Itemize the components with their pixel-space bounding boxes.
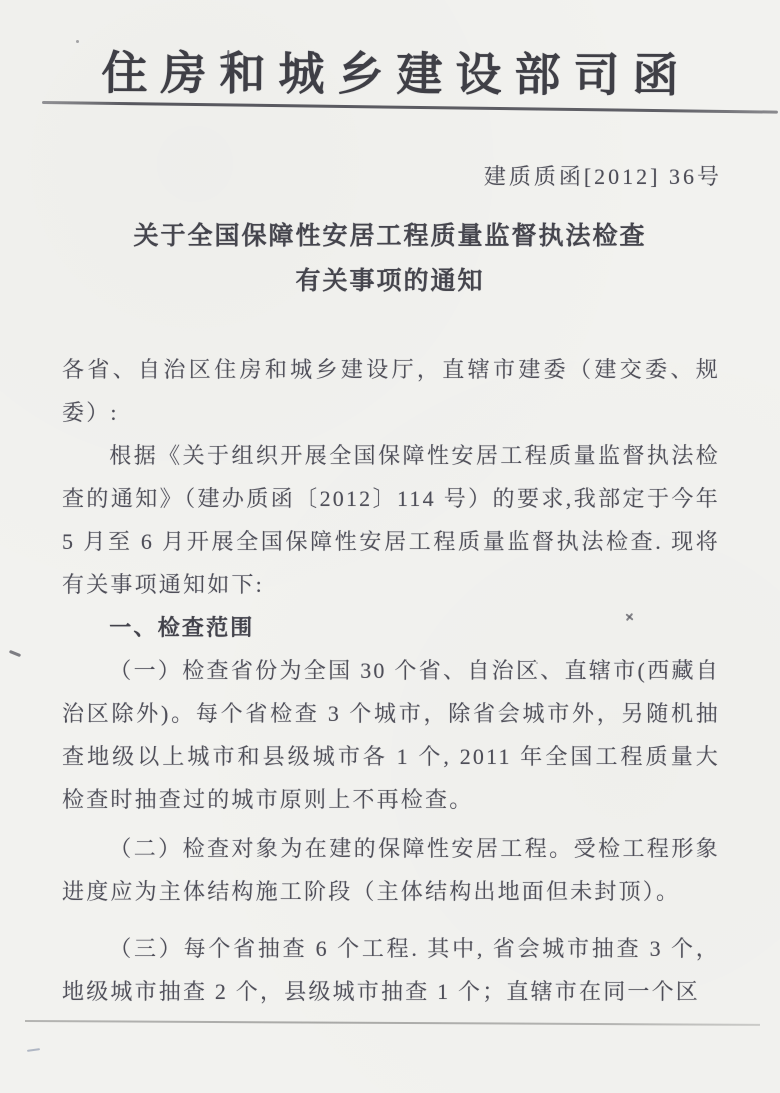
salutation: 各省、自治区住房和城乡建设厅，直辖市建委（建交委、规委）: — [62, 348, 720, 434]
section-heading-scope: 一、检查范围 — [62, 606, 720, 649]
item-paragraph-3: （三）每个省抽查 6 个工程. 其中, 省会城市抽查 3 个，地级城市抽查 2 … — [62, 927, 720, 1013]
document-body: 各省、自治区住房和城乡建设厅，直辖市建委（建交委、规委）: 根据《关于组织开展全… — [62, 348, 720, 1013]
document-title-line2: 有关事项的通知 — [0, 259, 780, 304]
item-paragraph-2: （二）检查对象为在建的保障性安居工程。受检工程形象进度应为主体结构施工阶段（主体… — [62, 827, 720, 913]
footer-divider — [25, 1020, 760, 1026]
letterhead-title: 住房和城乡建设部司函 — [0, 36, 780, 105]
scan-artifact-dot — [536, 662, 538, 664]
scan-artifact-dot — [76, 40, 79, 43]
intro-paragraph: 根据《关于组织开展全国保障性安居工程质量监督执法检查的通知》（建办质函〔2012… — [62, 434, 720, 606]
item-paragraph-1: （一）检查省份为全国 30 个省、自治区、直辖市(西藏自治区除外)。每个省检查 … — [62, 649, 720, 821]
document-title: 关于全国保障性安居工程质量监督执法检查 有关事项的通知 — [0, 214, 780, 304]
document-title-line1: 关于全国保障性安居工程质量监督执法检查 — [0, 214, 780, 259]
scan-artifact-margin-mark — [9, 650, 21, 657]
document-number: 建质质函[2012] 36号 — [484, 160, 722, 191]
scanned-document-page: 住房和城乡建设部司函 建质质函[2012] 36号 关于全国保障性安居工程质量监… — [0, 0, 780, 1093]
scan-artifact-bottom-mark — [27, 1048, 40, 1052]
